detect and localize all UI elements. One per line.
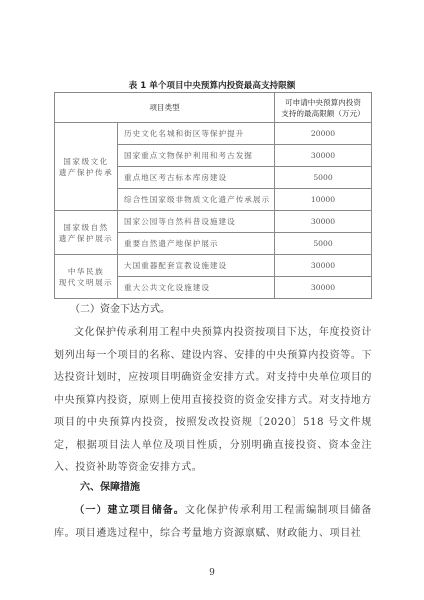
amount-cell: 30000 (275, 255, 372, 277)
amount-cell: 30000 (275, 145, 372, 167)
amount-cell: 30000 (275, 211, 372, 233)
item-cell: 综合性国家级非物质文化遗产传承展示 (118, 189, 275, 211)
investment-limit-table: 项目类型 可申请中央预算内投资 支持的最高限额（万元） 国家级文化 遗产保护传承… (54, 92, 372, 299)
table-row: 中华民族 现代文明展示 大国重器配套宣教设施建设 30000 (55, 255, 372, 277)
page-number: 9 (0, 568, 424, 578)
category-line2: 遗产保护展示 (55, 233, 117, 244)
table-caption: 表 1 单个项目中央预算内投资最高支持限额 (0, 79, 424, 91)
header-amount-line1: 可申请中央预算内投资 (275, 97, 371, 108)
item-cell: 国家公园等自然科普设施建设 (118, 211, 275, 233)
paragraph-lead: （一）建立项目储备。 (74, 505, 185, 516)
category-cell: 国家级文化 遗产保护传承 (55, 123, 118, 211)
table-header-row: 项目类型 可申请中央预算内投资 支持的最高限额（万元） (55, 93, 372, 123)
amount-cell: 10000 (275, 189, 372, 211)
paragraph-project-reserve: （一）建立项目储备。文化保护传承利用工程需编制项目储备库。项目遴选过程中，综合考… (54, 500, 372, 545)
category-line1: 国家级文化 (55, 156, 117, 167)
item-cell: 重大公共文化设施建设 (118, 277, 275, 299)
item-cell: 大国重器配套宣教设施建设 (118, 255, 275, 277)
header-max-amount: 可申请中央预算内投资 支持的最高限额（万元） (275, 93, 372, 123)
category-cell: 国家级自然 遗产保护展示 (55, 211, 118, 255)
item-cell: 国家重点文物保护利用和考古发掘 (118, 145, 275, 167)
paragraph-funds-method: 文化保护传承利用工程中央预算内投资按项目下达，年度投资计划列出每一个项目的名称、… (54, 322, 372, 480)
subheading-funds-method: （二）资金下达方式。 (70, 300, 170, 315)
header-project-type: 项目类型 (55, 93, 275, 123)
category-line1: 国家级自然 (55, 222, 117, 233)
table-row: 国家级文化 遗产保护传承 历史文化名城和街区等保护提升 20000 (55, 123, 372, 145)
amount-cell: 5000 (275, 233, 372, 255)
amount-cell: 20000 (275, 123, 372, 145)
table-row: 国家级自然 遗产保护展示 国家公园等自然科普设施建设 30000 (55, 211, 372, 233)
item-cell: 重要自然遗产地保护展示 (118, 233, 275, 255)
amount-cell: 30000 (275, 277, 372, 299)
category-line1: 中华民族 (55, 266, 117, 277)
category-line2: 现代文明展示 (55, 277, 117, 288)
amount-cell: 5000 (275, 167, 372, 189)
header-amount-line2: 支持的最高限额（万元） (275, 108, 371, 119)
section-heading-safeguards: 六、保障措施 (80, 478, 140, 493)
item-cell: 历史文化名城和街区等保护提升 (118, 123, 275, 145)
category-cell: 中华民族 现代文明展示 (55, 255, 118, 299)
category-line2: 遗产保护传承 (55, 167, 117, 178)
paragraph-funds-text: 文化保护传承利用工程中央预算内投资按项目下达，年度投资计划列出每一个项目的名称、… (54, 327, 372, 473)
item-cell: 重点地区考古标本库房建设 (118, 167, 275, 189)
